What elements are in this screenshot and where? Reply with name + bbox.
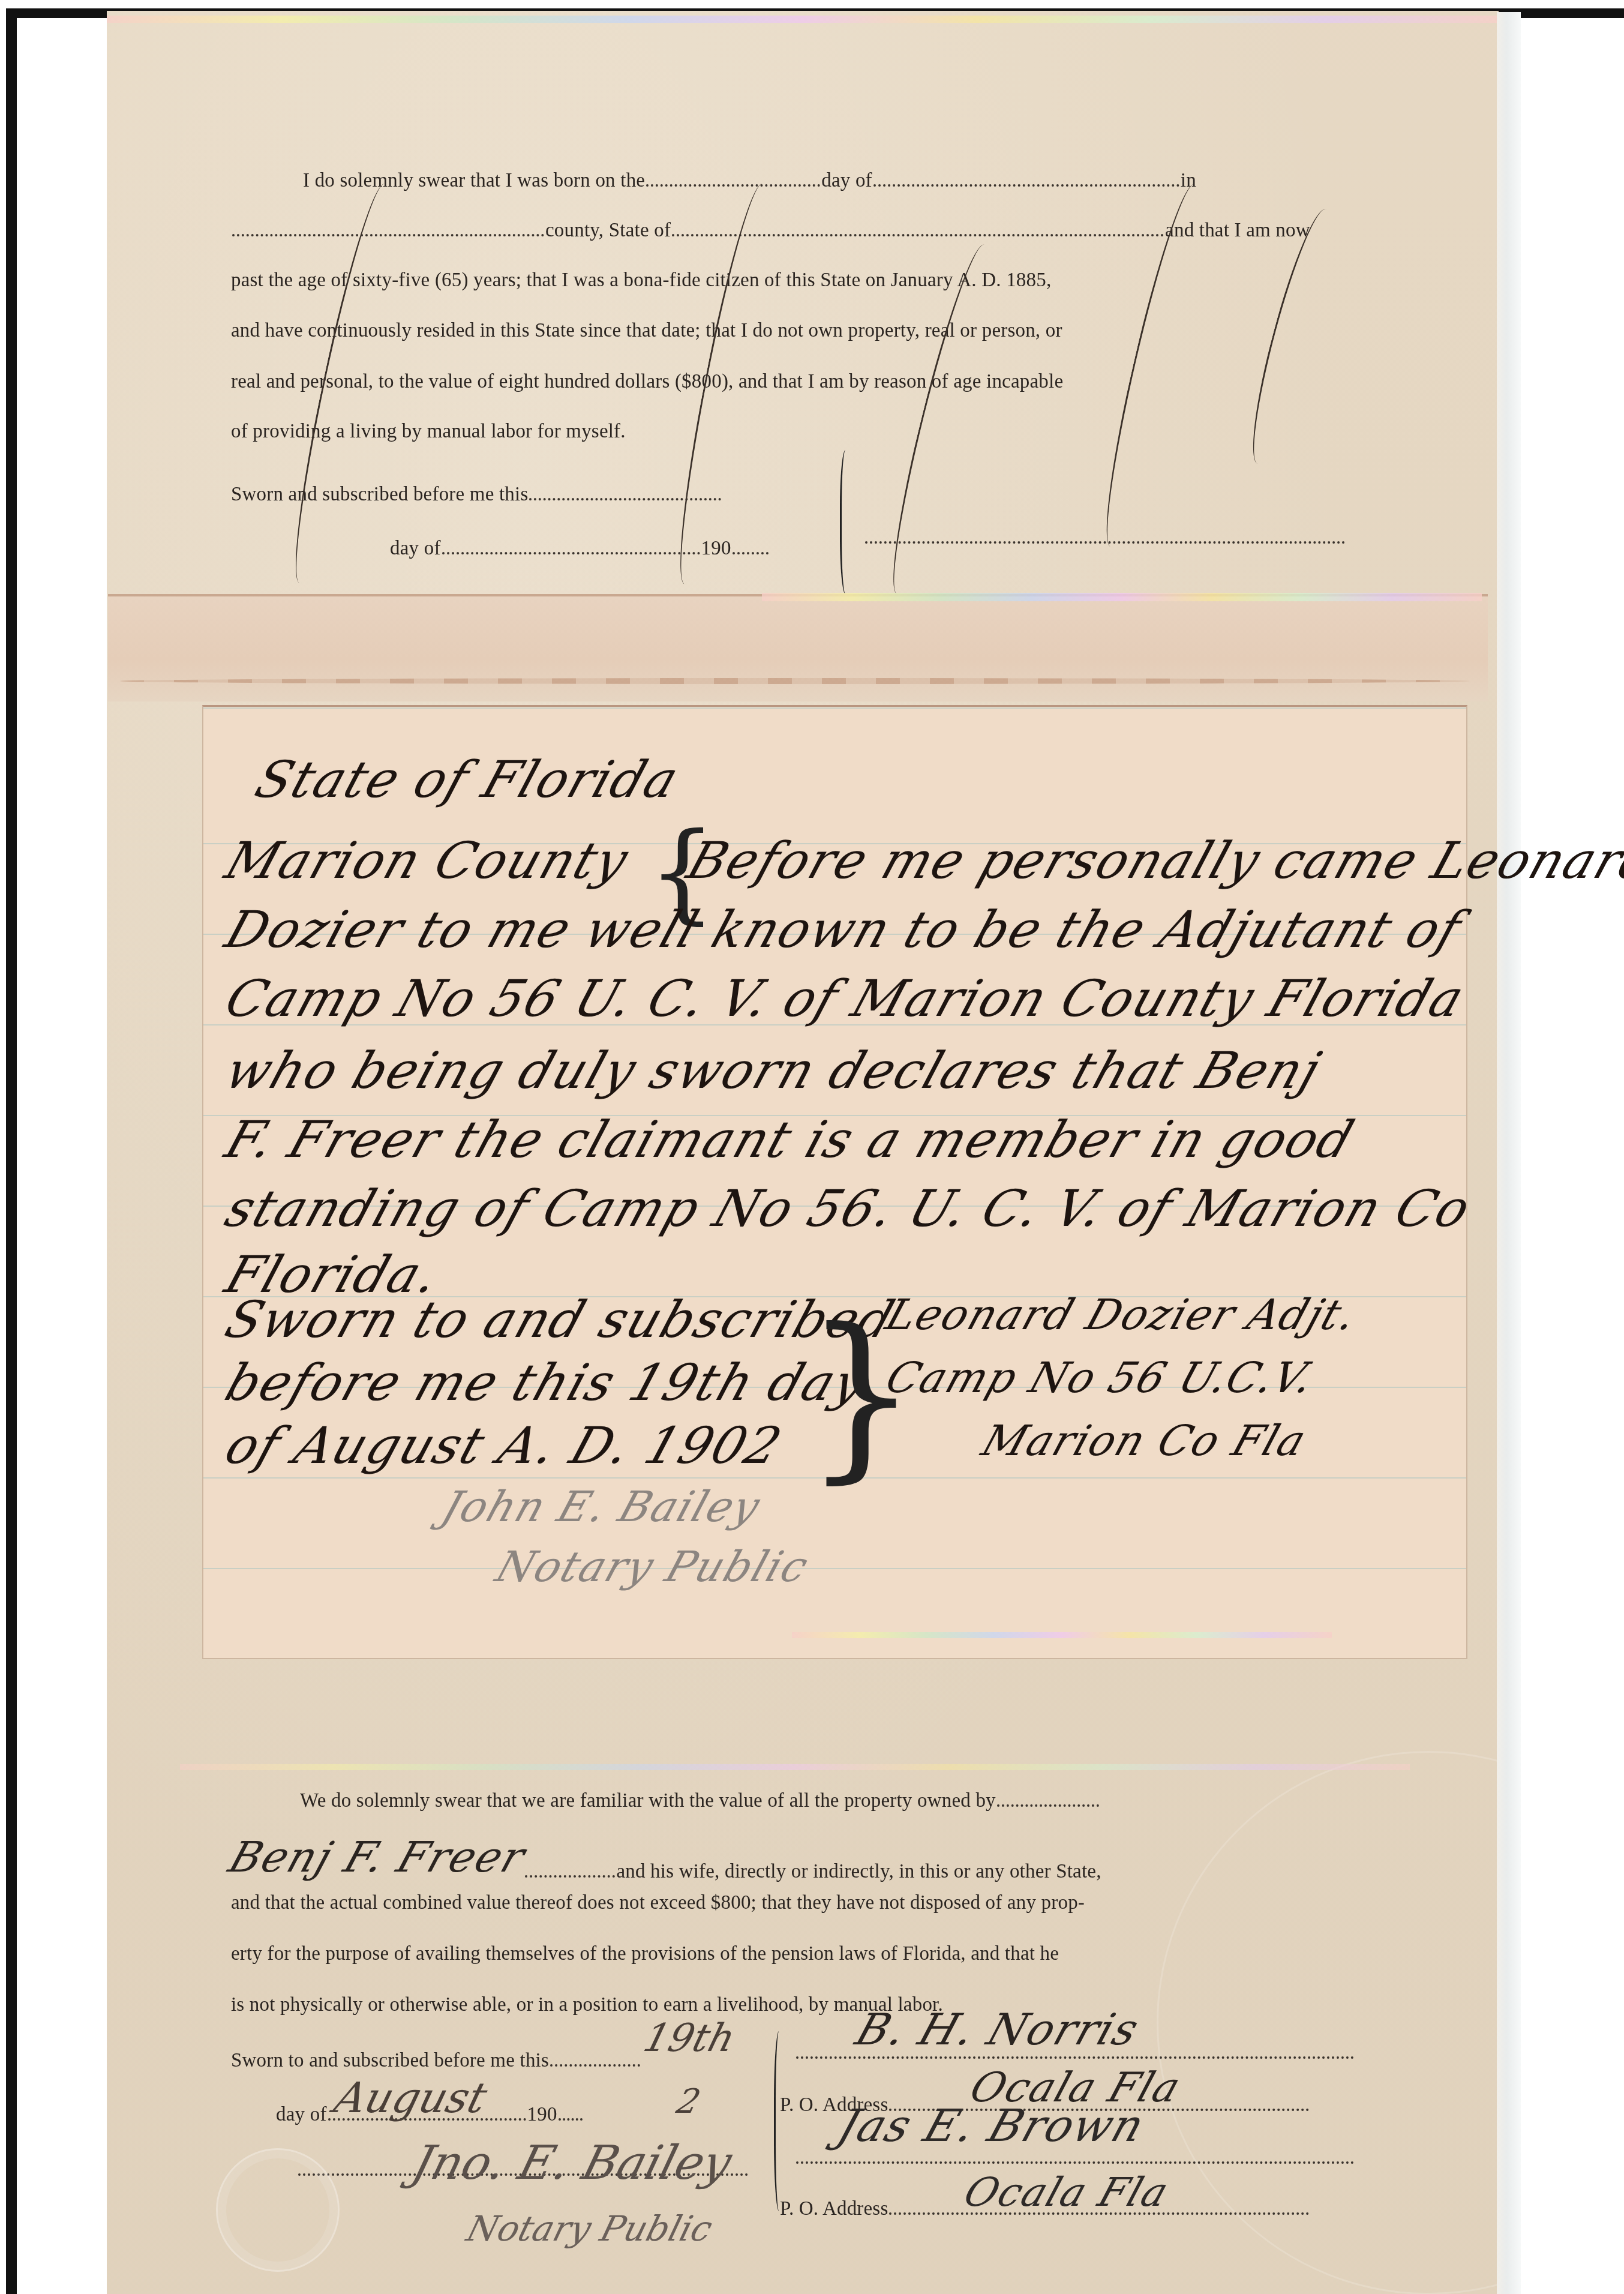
slip-line-1: Before me personally came Leonard xyxy=(680,831,1624,890)
slip-jurat-2: before me this 19th day xyxy=(218,1353,874,1412)
scanner-margin xyxy=(17,18,107,2294)
property-brace xyxy=(774,2031,787,2211)
slip-line-4: who being duly sworn declares that Benj xyxy=(218,1041,1329,1100)
oath-line-2: county, State ofand that I am now xyxy=(231,221,1310,241)
property-line-3: and that the actual combined value there… xyxy=(231,1893,1085,1913)
sleeve-glare-top xyxy=(107,16,1499,23)
notary-embossed-seal xyxy=(216,2148,340,2272)
property-sworn-line: Sworn to and subscribed before me this xyxy=(231,2051,641,2071)
oath-signature-line[interactable] xyxy=(864,528,1346,548)
property-line-1: We do solemnly swear that we are familia… xyxy=(300,1791,1100,1811)
oath-year-blank[interactable] xyxy=(733,552,769,554)
property-line-2: Benj F. Freerand his wife, directly or i… xyxy=(231,1842,1101,1884)
witness-1-name: B. H. Norris xyxy=(849,2004,1146,2055)
slip-jurat-3: of August A. D. 1902 xyxy=(218,1416,790,1475)
slip-signer-3: Marion Co Fla xyxy=(976,1416,1313,1465)
sleeve-glare-slip xyxy=(792,1632,1332,1638)
slip-line-2: Dozier to me well known to be the Adjuta… xyxy=(218,900,1469,959)
fold-stain-band xyxy=(108,594,1488,701)
slip-line-5: F. Freer the claimant is a member in goo… xyxy=(218,1110,1362,1169)
slip-line-3: Camp No 56 U. C. V. of Marion County Flo… xyxy=(218,969,1472,1028)
slip-notary-signature: John E. Bailey xyxy=(436,1482,767,1531)
property-notary-title: Notary Public xyxy=(463,2208,717,2249)
county-blank[interactable] xyxy=(232,234,544,236)
oath-day-of-line: day of190 xyxy=(390,539,770,559)
slip-signer-1: Leonard Dozier Adjt. xyxy=(880,1290,1364,1339)
property-notary-signature: Jno. E. Bailey xyxy=(407,2136,737,2190)
sworn-day-field[interactable] xyxy=(550,2064,640,2067)
sleeve-glare-fold xyxy=(762,593,1482,601)
slip-line-6: standing of Camp No 56. U. C. V. of Mari… xyxy=(218,1179,1478,1238)
witness-2-name: Jas E. Brown xyxy=(831,2100,1152,2152)
slip-heading-county: Marion County xyxy=(218,831,637,890)
slip-jurat-1: Sworn to and subscribed xyxy=(218,1290,902,1349)
oath-line-6: of providing a living by manual labor fo… xyxy=(231,422,626,442)
slip-signer-2: Camp No 56 U.C.V. xyxy=(880,1353,1321,1402)
birth-day-blank[interactable] xyxy=(646,184,820,187)
water-stain-edge xyxy=(120,678,1470,684)
sworn-month-value: August xyxy=(329,2073,493,2122)
sleeve-glare-lower xyxy=(180,1764,1410,1770)
oath-line-1: I do solemnly swear that I was born on t… xyxy=(303,171,1196,191)
scanner-frame-left xyxy=(6,8,17,2294)
property-line-5: is not physically or otherwise able, or … xyxy=(231,1995,943,2015)
slip-notary-title: Notary Public xyxy=(490,1542,815,1591)
birth-month-blank[interactable] xyxy=(873,184,1179,187)
sworn-day-value: 19th xyxy=(639,2016,740,2061)
plastic-sleeve-edge xyxy=(1497,12,1521,2294)
oath-brace xyxy=(840,450,854,594)
claimant-name[interactable]: Benj F. Freer xyxy=(224,1836,531,1878)
oath-month-blank[interactable] xyxy=(442,552,700,554)
witness-2-po-value: Ocala Fla xyxy=(958,2169,1175,2215)
slip-heading-state: State of Florida xyxy=(248,750,686,809)
property-line-4: erty for the purpose of availing themsel… xyxy=(231,1944,1059,1964)
